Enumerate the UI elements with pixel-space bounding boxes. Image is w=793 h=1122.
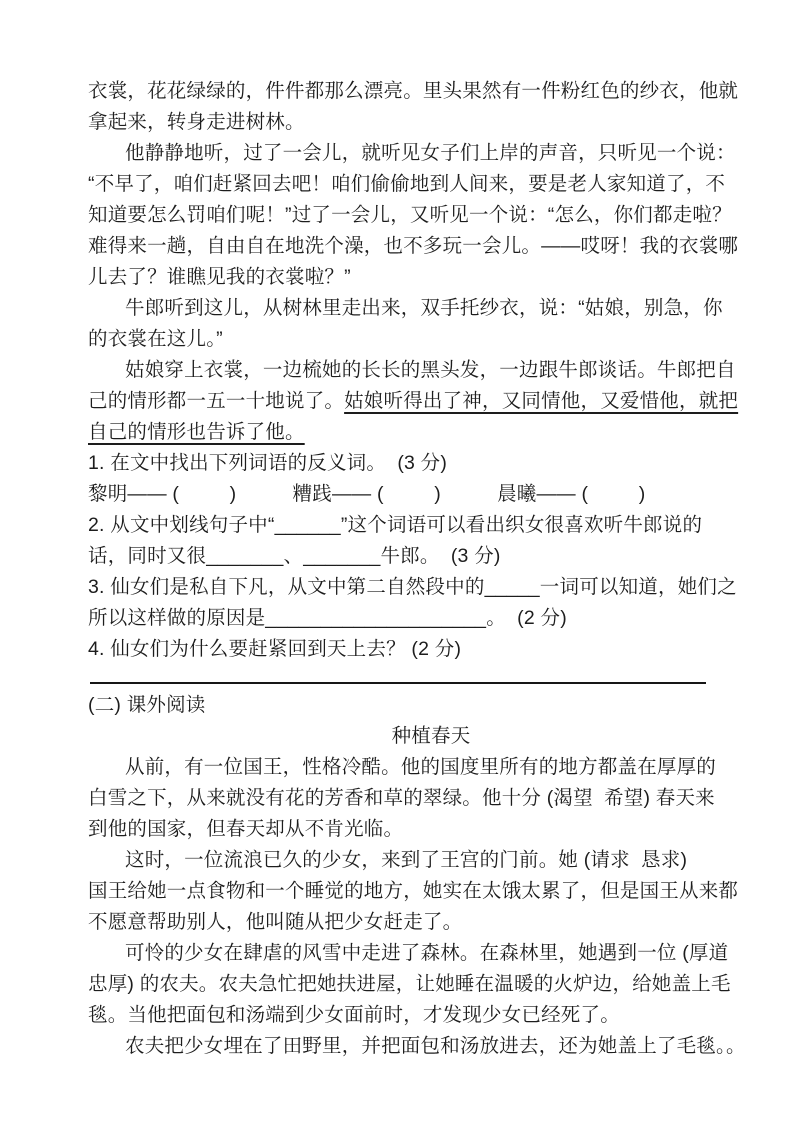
passage-line: 知道要怎么罚咱们呢！”过了一会儿，又听见一个说：“怎么，你们都走啦？	[88, 200, 740, 231]
page-content: 衣裳，花花绿绿的，件件都那么漂亮。里头果然有一件粉红色的纱衣，他就拿起来，转身走…	[88, 76, 740, 1062]
text-segment: 毯。当他把面包和汤端到少女面前时，才发现少女已经死了。	[88, 1004, 620, 1026]
text-segment: 己的情形都一五一十地说了。	[88, 390, 344, 412]
worksheet-page: 衣裳，花花绿绿的，件件都那么漂亮。里头果然有一件粉红色的纱衣，他就拿起来，转身走…	[0, 0, 793, 1122]
passage-line: 他静静地听，过了一会儿，就听见女子们上岸的声音，只听见一个说：	[88, 138, 740, 169]
text-segment: 话，同时又很_______、_______牛郎。 (3 分)	[88, 545, 501, 567]
text-segment: “不早了，咱们赶紧回去吧！咱们偷偷地到人间来，要是老人家知道了，不	[88, 173, 725, 195]
story-line: 到他的国家，但春天却从不肯光临。	[88, 814, 740, 845]
text-segment: 从前，有一位国王，性格冷酷。他的国度里所有的地方都盖在厚厚的	[125, 756, 716, 778]
text-segment: 1. 在文中找出下列词语的反义词。 (3 分)	[88, 452, 447, 474]
text-segment: 知道要怎么罚咱们呢！”过了一会儿，又听见一个说：“怎么，你们都走啦？	[88, 204, 732, 226]
reading-passage-one: 衣裳，花花绿绿的，件件都那么漂亮。里头果然有一件粉红色的纱衣，他就拿起来，转身走…	[88, 76, 740, 448]
passage-line: 的衣裳在这儿。”	[88, 324, 740, 355]
text-segment: 黎明—— ( ) 糟践—— ( ) 晨曦—— ( )	[88, 483, 645, 505]
story-line: 不愿意帮助别人，他叫随从把少女赶走了。	[88, 907, 740, 938]
story-line: 可怜的少女在肆虐的风雪中走进了森林。在森林里，她遇到一位 (厚道	[88, 938, 740, 969]
section-divider	[90, 682, 706, 684]
passage-line: 衣裳，花花绿绿的，件件都那么漂亮。里头果然有一件粉红色的纱衣，他就	[88, 76, 740, 107]
passage-line: 牛郎听到这儿，从树林里走出来，双手托纱衣，说：“姑娘，别急，你	[88, 293, 740, 324]
underlined-text: 姑娘听得出了神，又同情他，又爱惜他，就把	[344, 390, 738, 412]
story-line: 这时，一位流浪已久的少女，来到了王宫的门前。她 (请求 恳求)	[88, 845, 740, 876]
passage-line: 己的情形都一五一十地说了。姑娘听得出了神，又同情他，又爱惜他，就把	[88, 386, 740, 417]
text-segment: 可怜的少女在肆虐的风雪中走进了森林。在森林里，她遇到一位 (厚道	[125, 942, 728, 964]
underlined-text: 自己的情形也告诉了他。	[88, 421, 305, 443]
story-line: 毯。当他把面包和汤端到少女面前时，才发现少女已经死了。	[88, 1000, 740, 1031]
text-segment: 4. 仙女们为什么要赶紧回到天上去？ (2 分)	[88, 638, 461, 660]
question-line: 3. 仙女们是私自下凡，从文中第二自然段中的_____一词可以知道，她们之	[88, 572, 740, 603]
story-line: 白雪之下，从来就没有花的芳香和草的翠绿。他十分 (渴望 希望) 春天来	[88, 783, 740, 814]
passage-line: 姑娘穿上衣裳，一边梳她的长长的黑头发，一边跟牛郎谈话。牛郎把自	[88, 355, 740, 386]
question-line: 黎明—— ( ) 糟践—— ( ) 晨曦—— ( )	[88, 479, 740, 510]
section-two-heading: (二) 课外阅读	[88, 690, 740, 721]
story-line: 从前，有一位国王，性格冷酷。他的国度里所有的地方都盖在厚厚的	[88, 752, 740, 783]
text-segment: 衣裳，花花绿绿的，件件都那么漂亮。里头果然有一件粉红色的纱衣，他就	[88, 80, 738, 102]
question-line: 4. 仙女们为什么要赶紧回到天上去？ (2 分)	[88, 634, 740, 665]
story-line: 农夫把少女埋在了田野里，并把面包和汤放进去，还为她盖上了毛毯。。	[88, 1031, 740, 1062]
text-segment: 难得来一趟，自由自在地洗个澡，也不多玩一会儿。——哎呀！我的衣裳哪	[88, 235, 738, 257]
text-segment: 牛郎听到这儿，从树林里走出来，双手托纱衣，说：“姑娘，别急，你	[125, 297, 723, 319]
text-segment: 忠厚) 的农夫。农夫急忙把她扶进屋，让她睡在温暖的火炉边，给她盖上毛	[88, 973, 731, 995]
reading-passage-two: 从前，有一位国王，性格冷酷。他的国度里所有的地方都盖在厚厚的白雪之下，从来就没有…	[88, 752, 740, 1062]
text-segment: 白雪之下，从来就没有花的芳香和草的翠绿。他十分 (渴望 希望) 春天来	[88, 787, 715, 809]
question-line: 2. 从文中划线句子中“______”这个词语可以看出织女很喜欢听牛郎说的	[88, 510, 740, 541]
text-segment: 这时，一位流浪已久的少女，来到了王宫的门前。她 (请求 恳求)	[125, 849, 687, 871]
passage-line: 拿起来，转身走进树林。	[88, 107, 740, 138]
passage-line: 自己的情形也告诉了他。	[88, 417, 740, 448]
text-segment: 他静静地听，过了一会儿，就听见女子们上岸的声音，只听见一个说：	[125, 142, 736, 164]
passage-line: 儿去了？谁瞧见我的衣裳啦？”	[88, 262, 740, 293]
text-segment: 2. 从文中划线句子中“______”这个词语可以看出织女很喜欢听牛郎说的	[88, 514, 702, 536]
text-segment: 姑娘穿上衣裳，一边梳她的长长的黑头发，一边跟牛郎谈话。牛郎把自	[125, 359, 736, 381]
passage-line: “不早了，咱们赶紧回去吧！咱们偷偷地到人间来，要是老人家知道了，不	[88, 169, 740, 200]
question-line: 所以这样做的原因是____________________。 (2 分)	[88, 603, 740, 634]
text-segment: 3. 仙女们是私自下凡，从文中第二自然段中的_____一词可以知道，她们之	[88, 576, 737, 598]
text-segment: 国王给她一点食物和一个睡觉的地方，她实在太饿太累了，但是国王从来都	[88, 880, 738, 902]
text-segment: 儿去了？谁瞧见我的衣裳啦？”	[88, 266, 351, 288]
text-segment: 到他的国家，但春天却从不肯光临。	[88, 818, 403, 840]
story-line: 国王给她一点食物和一个睡觉的地方，她实在太饿太累了，但是国王从来都	[88, 876, 740, 907]
question-line: 话，同时又很_______、_______牛郎。 (3 分)	[88, 541, 740, 572]
question-line: 1. 在文中找出下列词语的反义词。 (3 分)	[88, 448, 740, 479]
text-segment: 拿起来，转身走进树林。	[88, 111, 305, 133]
story-line: 忠厚) 的农夫。农夫急忙把她扶进屋，让她睡在温暖的火炉边，给她盖上毛	[88, 969, 740, 1000]
passage-two-title: 种植春天	[88, 721, 740, 752]
question-list: 1. 在文中找出下列词语的反义词。 (3 分)黎明—— ( ) 糟践—— ( )…	[88, 448, 740, 665]
text-segment: 所以这样做的原因是____________________。 (2 分)	[88, 607, 567, 629]
passage-line: 难得来一趟，自由自在地洗个澡，也不多玩一会儿。——哎呀！我的衣裳哪	[88, 231, 740, 262]
text-segment: 农夫把少女埋在了田野里，并把面包和汤放进去，还为她盖上了毛毯。。	[125, 1035, 746, 1057]
text-segment: 的衣裳在这儿。”	[88, 328, 223, 350]
text-segment: 不愿意帮助别人，他叫随从把少女赶走了。	[88, 911, 462, 933]
